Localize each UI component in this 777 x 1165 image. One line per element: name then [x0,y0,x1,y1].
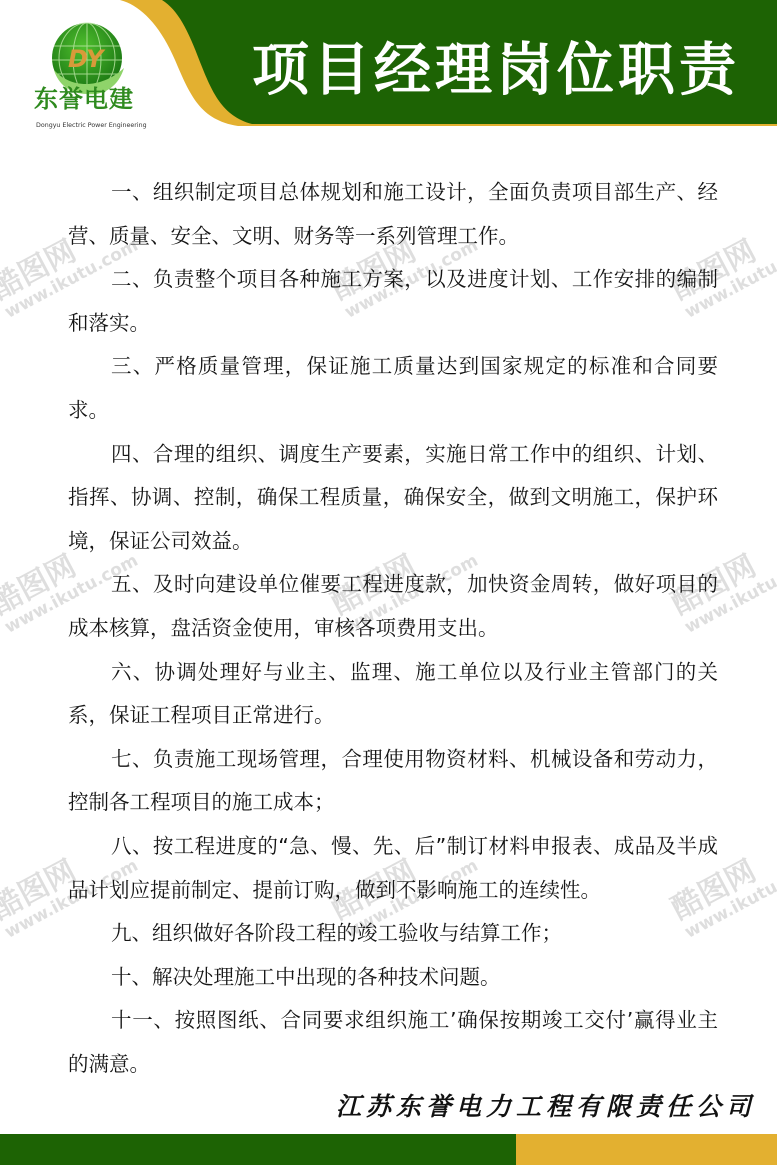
page-title: 项目经理岗位职责 [252,30,752,110]
duty-item-11: 十一、按照图纸、合同要求组织施工’确保按期竣工交付’赢得业主的满意。 [68,999,718,1086]
company-logo: DY [30,18,148,136]
duty-item-9: 九、组织做好各阶段工程的竣工验收与结算工作； [68,912,718,956]
footer-gold-block [516,1134,777,1165]
header-banner: DY 东誉电建 Dongyu Electric Power Engineerin… [0,0,777,126]
duty-item-8: 八、按工程进度的“急、慢、先、后”制订材料申报表、成品及半成品计划应提前制定、提… [68,825,718,912]
duty-item-7: 七、负责施工现场管理，合理使用物资材料、机械设备和劳动力，控制各工程项目的施工成… [68,738,718,825]
duty-item-5: 五、及时向建设单位催要工程进度款，加快资金周转，做好项目的成本核算，盘活资金使用… [68,563,718,650]
logo-english-name: Dongyu Electric Power Engineering [36,122,147,130]
duties-list: 一、组织制定项目总体规划和施工设计，全面负责项目部生产、经营、质量、安全、文明、… [68,171,718,1086]
duty-item-10: 十、解决处理施工中出现的各种技术问题。 [68,956,718,1000]
footer-green-block [0,1134,516,1165]
logo-company-name: 东誉电建 [34,86,146,112]
footer-bar [0,1134,777,1165]
duty-item-6: 六、协调处理好与业主、监理、施工单位以及行业主管部门的关系，保证工程项目正常进行… [68,651,718,738]
duty-item-3: 三、严格质量管理，保证施工质量达到国家规定的标准和合同要求。 [68,345,718,432]
duty-item-4: 四、合理的组织、调度生产要素，实施日常工作中的组织、计划、指挥、协调、控制，确保… [68,433,718,564]
logo-monogram: DY [68,45,106,73]
duty-item-2: 二、负责整个项目各种施工方案，以及进度计划、工作安排的编制和落实。 [68,258,718,345]
company-signature: 江苏东誉电力工程有限责任公司 [336,1087,736,1127]
duty-item-1: 一、组织制定项目总体规划和施工设计，全面负责项目部生产、经营、质量、安全、文明、… [68,171,718,258]
globe-logo-icon: DY [30,18,148,136]
